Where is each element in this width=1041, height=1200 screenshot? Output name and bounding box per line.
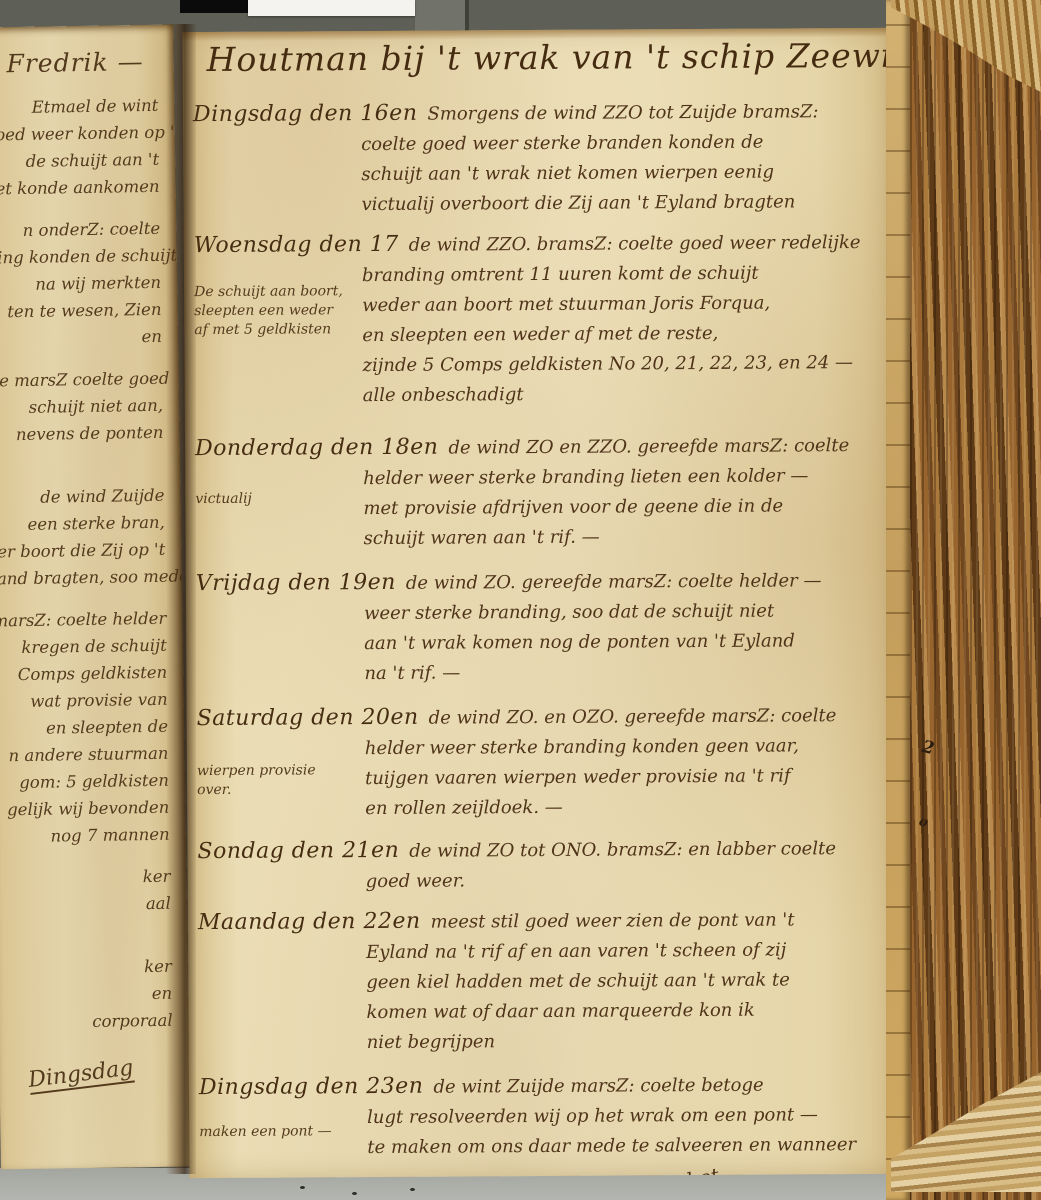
entry-first-line-text: de wind ZO en ZZO. gereefde marsZ: coelt… (448, 435, 849, 458)
left-page-line: corporaal (0, 1007, 173, 1037)
book-fore-edge: 2 o (886, 0, 1041, 1200)
entry-line: niet begrijpen (199, 1025, 881, 1059)
left-page-line: ker (0, 863, 171, 893)
margin-note-line: maken een pont — (199, 1122, 369, 1142)
paper-bookmark-tab (248, 0, 415, 16)
left-page-line: Etmael de wint (0, 92, 158, 122)
entry-line: victualij overboort die Zij aan 't Eylan… (193, 187, 875, 221)
entry-day-label: Saturdag den 20en (197, 705, 429, 731)
entry-line: geen kiel hadden met de schuijt aan 't w… (198, 965, 880, 999)
left-page-heading: Fredrik — (0, 47, 158, 79)
left-page-line: ker (0, 953, 172, 983)
entry-line: weer sterke branding, soo dat de schuijt… (196, 596, 878, 630)
margin-note-line: wierpen provisie (197, 761, 357, 781)
journal-entry: maken een pont —Dingsdag den 23ende wint… (199, 1069, 882, 1164)
left-page-text: Etmael de wintgoed weer konden op 'tde s… (0, 92, 173, 1037)
left-page-line: n andere stuurman (0, 740, 169, 770)
journal-entry: Sondag den 21ende wind ZO tot ONO. brams… (197, 833, 879, 898)
entry-first-line: Dingsdag den 16enSmorgens de wind ZZO to… (193, 96, 875, 131)
entry-line: schuijt waren aan 't rif. — (196, 521, 878, 555)
entry-first-line-text: de wind ZZO. bramsZ: coelte goed weer re… (409, 232, 861, 256)
fore-edge-bottom-fan (891, 1042, 1041, 1192)
left-page-line: de marsZ coelte goed (0, 365, 163, 395)
fore-edge-ink-mark: o (918, 814, 929, 830)
journal-entry: Dingsdag den 16enSmorgens de wind ZZO to… (193, 96, 876, 221)
entry-day-label: Vrijdag den 19en (196, 570, 406, 596)
left-page-line: land bragten, soo mede (0, 563, 166, 593)
entry-line: aan 't wrak komen nog de ponten van 't E… (196, 626, 878, 660)
margin-note: wierpen provisieover. (197, 761, 357, 800)
left-page-catchword: Dingsdag (0, 1051, 174, 1097)
left-page-line: en sleepten de (0, 713, 168, 743)
manuscript-photo: Fredrik — Etmael de wintgoed weer konden… (0, 0, 1041, 1200)
left-page-line: de schuijt aan 't (0, 146, 159, 176)
entry-first-line-text: Smorgens de wind ZZO tot Zuijde bramsZ: (427, 101, 818, 124)
entry-first-line: Dingsdag den 23ende wint Zuijde marsZ: c… (199, 1069, 881, 1104)
entry-day-label: Donderdag den 18en (195, 435, 449, 462)
entry-first-line-text: de wint Zuijde marsZ: coelte betoge (433, 1075, 763, 1098)
entry-line: na 't rif. — (196, 656, 878, 690)
left-page-line: er boort die Zij op 't (0, 536, 165, 566)
entry-line: Eyland na 't rif af en aan varen 't sche… (198, 935, 880, 969)
entry-line: komen wat of daar aan marqueerde kon ik (198, 995, 880, 1029)
entry-line: alle onbeschadigt (195, 378, 877, 412)
entry-day-label: Dingsdag den 23en (199, 1074, 434, 1100)
backdrop-dark-slot (180, 0, 250, 13)
entry-first-line-text: de wind ZO tot ONO. bramsZ: en labber co… (409, 838, 836, 862)
journal-entry: wierpen provisieover.Saturdag den 20ende… (197, 700, 880, 825)
journal-entry: Maandag den 22enmeest stil goed weer zie… (198, 904, 881, 1059)
margin-note: De schuijt aan boort,sleepten een wedera… (194, 282, 354, 340)
entry-day-label: Woensdag den 17 (194, 232, 409, 258)
entry-day-label: Sondag den 21en (197, 838, 409, 864)
entry-line: goed weer. (198, 864, 880, 898)
left-page-line: een sterke bran, (0, 509, 165, 539)
left-page-line: Comps geldkisten (0, 659, 167, 689)
entry-day-label: Maandag den 22en (198, 909, 431, 935)
margin-note-line: over. (197, 780, 357, 800)
left-page-line: ding konden de schuijt (0, 242, 161, 272)
margin-note-line: victualij (195, 489, 355, 509)
entry-line: zijnde 5 Comps geldkisten No 20, 21, 22,… (194, 348, 876, 382)
left-page-line: nevens de ponten (0, 419, 164, 449)
surface-speck (410, 1188, 415, 1191)
left-page-line: gelijk wij bevonden (0, 794, 170, 824)
entry-first-line-text: meest stil goed weer zien de pont van 't (431, 909, 795, 932)
left-page-line: en (0, 980, 172, 1010)
left-page-line: kregen de schuijt (0, 632, 167, 662)
margin-note-line: De schuijt aan boort, (194, 282, 354, 302)
margin-note-line: af met 5 geldkisten (194, 320, 354, 340)
entry-line: schuijt aan 't wrak niet komen wierpen e… (193, 157, 875, 191)
left-page-line: wat provisie van (0, 686, 168, 716)
left-page-line: iet konde aankomen (0, 173, 160, 203)
entry-first-line: Saturdag den 20ende wind ZO. en OZO. ger… (197, 700, 879, 735)
left-page-line: schuijt niet aan, (0, 392, 163, 422)
page-title: Houtman bij 't wrak van 't schip Zeewijk… (193, 36, 875, 96)
journal-entries: Dingsdag den 16enSmorgens de wind ZZO to… (193, 96, 881, 1164)
surface-speck (352, 1192, 357, 1195)
right-page: Houtman bij 't wrak van 't schip Zeewijk… (183, 28, 896, 1178)
entry-first-line: Woensdag den 17de wind ZZO. bramsZ: coel… (194, 227, 876, 262)
entry-first-line: Donderdag den 18ende wind ZO en ZZO. ger… (195, 430, 877, 465)
fore-edge-top-fray (891, 0, 1041, 92)
left-page-line: marsZ: coelte helder (0, 605, 167, 635)
left-page-line: ten te wesen, Zien (0, 296, 162, 326)
margin-note: maken een pont — (199, 1122, 369, 1142)
entry-first-line-text: de wind ZO. gereefde marsZ: coelte helde… (406, 570, 822, 594)
surface-speck (300, 1186, 305, 1189)
fore-edge-light-column (886, 0, 910, 1200)
entry-line: helder weer sterke branding konden geen … (197, 731, 879, 765)
margin-note: victualij (195, 489, 355, 509)
left-page-line: gom: 5 geldkisten (0, 767, 169, 797)
entry-first-line: Sondag den 21ende wind ZO tot ONO. brams… (197, 833, 879, 868)
entry-line: coelte goed weer sterke branden konden d… (193, 127, 875, 161)
entry-first-line: Maandag den 22enmeest stil goed weer zie… (198, 904, 880, 939)
left-page-line: na wij merkten (0, 269, 161, 299)
left-page-line: goed weer konden op 't (0, 119, 159, 149)
left-page-line: nog 7 mannen (0, 821, 170, 851)
left-page-line: de wind Zuijde (0, 482, 165, 512)
journal-entry: Vrijdag den 19ende wind ZO. gereefde mar… (196, 565, 879, 690)
left-page-line: en (0, 323, 162, 353)
entry-day-label: Dingsdag den 16en (193, 101, 428, 127)
journal-entry: De schuijt aan boort,sleepten een wedera… (194, 227, 877, 412)
entry-first-line-text: de wind ZO. en OZO. gereefde marsZ: coel… (429, 705, 837, 728)
fore-edge-ink-mark: 2 (920, 737, 936, 759)
journal-entry: victualijDonderdag den 18ende wind ZO en… (195, 430, 878, 555)
left-page: Fredrik — Etmael de wintgoed weer konden… (0, 25, 191, 1170)
left-page-line: aal (0, 890, 171, 920)
entry-first-line: Vrijdag den 19ende wind ZO. gereefde mar… (196, 565, 878, 600)
margin-note-line: sleepten een weder (194, 301, 354, 321)
left-page-line: n onderZ: coelte (0, 215, 160, 245)
